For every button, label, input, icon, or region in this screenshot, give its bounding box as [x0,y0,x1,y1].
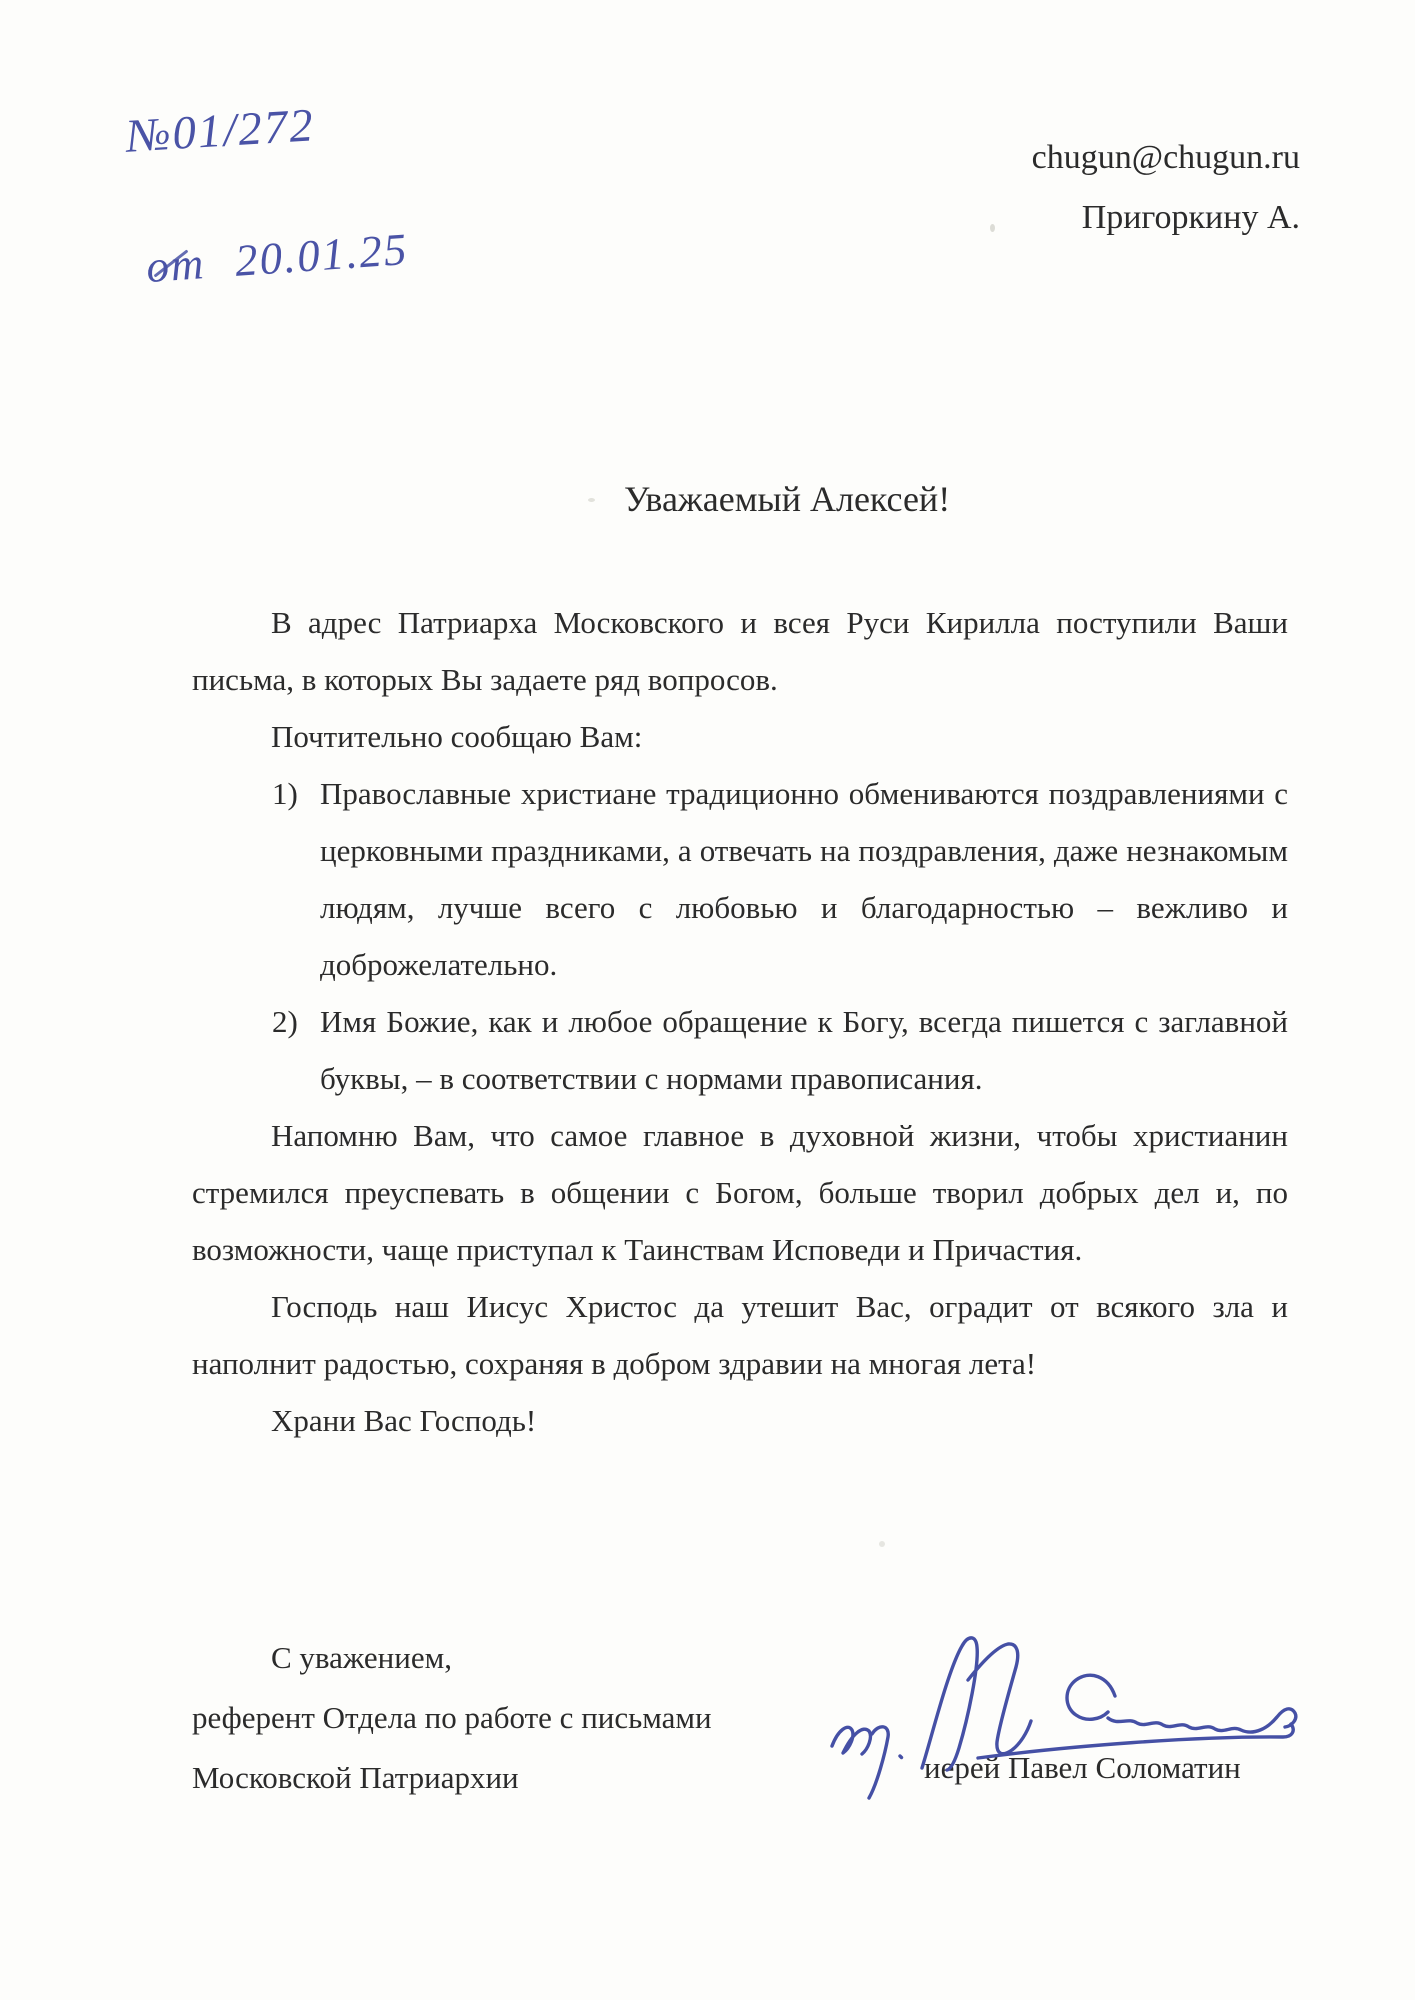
paragraph-blessing: Господь наш Иисус Христос да утешит Вас,… [192,1278,1288,1392]
signature-stroke-initials [832,1727,902,1798]
recipient-name: Пригоркину А. [1032,188,1300,248]
paragraph-farewell: Храни Вас Господь! [192,1392,1288,1449]
handwritten-date: от20.01.25 [145,223,410,293]
salutation: Уважаемый Алексей! [624,478,950,520]
list-item-1: 1)Православные христиане традиционно обм… [320,765,1288,993]
list-item-2-text: Имя Божие, как и любое обращение к Богу,… [320,1004,1288,1096]
signer-name: иерей Павел Соломатин [924,1750,1241,1786]
recipient-block: chugun@chugun.ru Пригоркину А. [1032,128,1300,248]
list-item-1-number: 1) [272,765,320,822]
handwritten-date-prefix: от [145,238,207,292]
list-item-1-text: Православные христиане традиционно обмен… [320,776,1288,982]
scan-speck [990,224,995,232]
closing-regards: С уважением, [192,1628,712,1688]
closing-block: С уважением, референт Отдела по работе с… [192,1628,712,1808]
paragraph-notice: Почтительно сообщаю Вам: [192,708,1288,765]
signature-stroke-surname [1067,1675,1296,1732]
recipient-email: chugun@chugun.ru [1032,128,1300,188]
letter-body: В адрес Патриарха Московского и всея Рус… [192,594,1288,1449]
scan-speck [879,1541,885,1547]
closing-position-line2: Московской Патриархии [192,1748,712,1808]
paragraph-reminder: Напомню Вам, что самое главное в духовно… [192,1107,1288,1278]
scanned-letter-page: №01/272 от20.01.25 chugun@chugun.ru Приг… [0,0,1415,2000]
paragraph-intro: В адрес Патриарха Московского и всея Рус… [192,594,1288,708]
handwritten-reference-number: №01/272 [125,98,317,163]
handwritten-date-value: 20.01.25 [233,224,410,286]
list-item-2-number: 2) [272,993,320,1050]
list-item-2: 2)Имя Божие, как и любое обращение к Бог… [320,993,1288,1107]
scan-speck [588,498,595,502]
closing-position-line1: референт Отдела по работе с письмами [192,1688,712,1748]
